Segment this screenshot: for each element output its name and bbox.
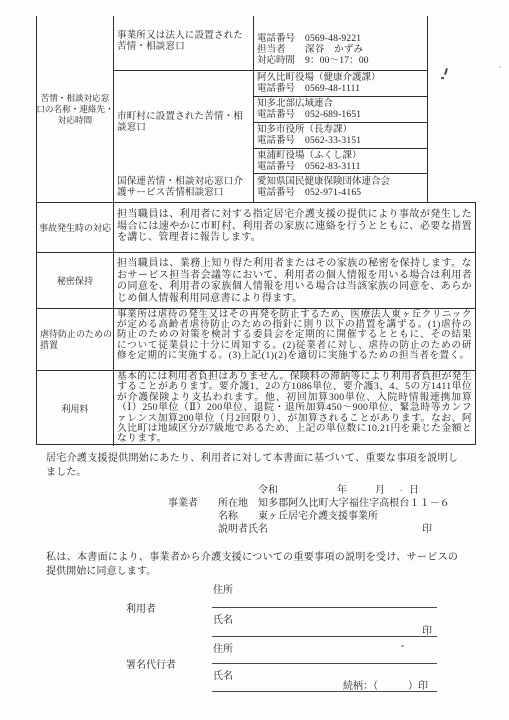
municipal-office-cell: 知多北部広域連合 電話番号 052-689-1651 xyxy=(254,97,428,123)
fees-label-cell: 利用料 xyxy=(37,371,114,446)
accident-label-cell: 事故発生時の対応 xyxy=(37,203,114,253)
office-phone-row: 電話番号 0569-48-1111 xyxy=(257,84,428,95)
abuse-label-line1: 虐待防止のための xyxy=(40,329,113,340)
hours-value: 9：00～17：00 xyxy=(305,56,369,67)
office-name: 阿久比町役場（健康介護課） xyxy=(257,73,428,84)
office-name: 知多北部広域連合 xyxy=(257,99,428,110)
hours-label: 対応時間 xyxy=(257,56,305,67)
kokuhoren-phone-row: 電話番号 052-971-4165 xyxy=(257,188,428,199)
proxy-label: 署名代行者 xyxy=(126,656,176,671)
scanned-care-agreement-document: 苦情・相談対応窓 口の名称・連絡先・ 対応時間 事業所又は法人に設置された苦情・… xyxy=(0,0,509,720)
kokuhoren-name: 愛知県国民健康保険団体連合会 xyxy=(257,177,428,188)
provider-label: 事業者 xyxy=(168,494,198,509)
phone-row: 電話番号 0569-48-9221 xyxy=(257,34,428,45)
phone-label: 電話番号 xyxy=(257,34,305,45)
abuse-prevention-text-cell: 事業所は虐待の発生又はその再発を防止するため、医療法人東ヶ丘クリニックが定める高… xyxy=(114,309,476,371)
complaint-label-line3: 対応時間 xyxy=(58,115,92,126)
consent-statement: 私は、本書面により、事業者から介護支援についての重要事項の説明を受け、サービスの… xyxy=(46,551,458,578)
important-matters-table: 苦情・相談対応窓 口の名称・連絡先・ 対応時間 事業所又は法人に設置された苦情・… xyxy=(36,16,475,445)
municipal-window-label-cell: 市町村に設置された苦情・相談窓口 xyxy=(114,71,254,174)
scan-dot-artifact xyxy=(499,66,501,68)
user-address-label: 住所 xyxy=(213,581,233,596)
user-label: 利用者 xyxy=(126,600,156,615)
corporate-window-contact-cell: 電話番号 0569-48-9221 担当者 深谷 かずみ 対応時間 9：00～1… xyxy=(254,16,428,71)
accident-text-cell: 担当職員は、利用者に対する指定居宅介護支援の提供により事故が発生した場合には速や… xyxy=(114,203,476,253)
fees-text-cell: 基本的には利用者負担はありません。保険料の滞納等により利用者負担が発生することが… xyxy=(114,371,476,446)
contact-person-label: 担当者 xyxy=(257,45,305,56)
scan-dot-artifact xyxy=(401,645,404,647)
municipal-office-cell: 阿久比町役場（健康介護課） 電話番号 0569-48-1111 xyxy=(254,71,428,97)
phone-number: 0569-48-9221 xyxy=(305,34,361,45)
proxy-name-line xyxy=(212,691,437,692)
office-phone-row: 電話番号 052-689-1651 xyxy=(257,110,428,121)
corporate-window-label-cell: 事業所又は法人に設置された苦情・相談窓口 xyxy=(114,16,254,71)
kokuhoren-contact-cell: 愛知県国民健康保険団体連合会 電話番号 052-971-4165 xyxy=(254,174,428,202)
period-mark: . xyxy=(400,484,402,493)
explainer-name-label: 説明者氏名 xyxy=(218,520,268,535)
confidentiality-label: 秘密保持 xyxy=(57,274,93,287)
provider-seal-mark: 印 xyxy=(422,520,432,535)
abuse-label-line2: 措置 xyxy=(40,340,113,351)
office-name: 知多市役所（長寿課） xyxy=(257,125,428,136)
office-phone-row: 電話番号 0562-83-3111 xyxy=(257,162,428,173)
confidentiality-text-cell: 担当職員は、業務上知り得た利用者またはその家族の秘密を保持します。なおサービス担… xyxy=(114,253,476,309)
contact-person-row: 担当者 深谷 かずみ xyxy=(257,45,428,56)
explanation-statement: 居宅介護支援提供開始にあたり、利用者に対して本書面に基づいて、重要な事項を説明し… xyxy=(46,452,458,479)
complaint-section: 苦情・相談対応窓 口の名称・連絡先・ 対応時間 事業所又は法人に設置された苦情・… xyxy=(37,16,428,202)
complaint-row-label-cell: 苦情・相談対応窓 口の名称・連絡先・ 対応時間 xyxy=(37,16,114,202)
user-name-line xyxy=(212,636,437,637)
municipal-window-label: 市町村に設置された苦情・相談窓口 xyxy=(114,112,253,134)
pen-mark-artifact xyxy=(441,77,444,79)
proxy-address-label: 住所 xyxy=(213,640,233,655)
proxy-name-label: 氏名 xyxy=(213,667,233,682)
complaint-label-line2: 口の名称・連絡先・ xyxy=(36,104,113,115)
hours-row: 対応時間 9：00～17：00 xyxy=(257,56,428,67)
corporate-window-label: 事業所又は法人に設置された苦情・相談窓口 xyxy=(117,31,243,52)
user-name-label: 氏名 xyxy=(213,611,233,626)
complaint-label-line1: 苦情・相談対応窓 xyxy=(41,93,110,104)
proxy-relation-label: 続柄：（ ）印 xyxy=(343,677,428,692)
office-phone-row: 電話番号 0562-33-3151 xyxy=(257,136,428,147)
fees-label: 利用料 xyxy=(61,402,88,415)
lower-rows-section: 事故発生時の対応 担当職員は、利用者に対する指定居宅介護支援の提供により事故が発… xyxy=(37,202,476,445)
abuse-prevention-label-cell: 虐待防止のための 措置 xyxy=(37,309,114,371)
kokuhoren-window-label-cell: 国保連苦情・相談対応窓口介護サービス苦情相談窓口 xyxy=(114,174,254,202)
accident-label: 事故発生時の対応 xyxy=(39,221,111,234)
municipal-office-cell: 知多市役所（長寿課） 電話番号 0562-33-3151 xyxy=(254,123,428,149)
proxy-address-line xyxy=(212,663,437,664)
user-address-line xyxy=(212,607,437,608)
kokuhoren-window-label: 国保連苦情・相談対応窓口介護サービス苦情相談窓口 xyxy=(117,177,243,198)
confidentiality-label-cell: 秘密保持 xyxy=(37,253,114,309)
office-name: 東浦町役場（ふくし課） xyxy=(257,151,428,162)
provider-name: 東ヶ丘居宅介護支援事業所 xyxy=(258,507,378,522)
contact-person-name: 深谷 かずみ xyxy=(305,45,363,56)
municipal-office-cell: 東浦町役場（ふくし課） 電話番号 0562-83-3111 xyxy=(254,149,428,174)
user-seal-mark: 印 xyxy=(422,622,432,637)
